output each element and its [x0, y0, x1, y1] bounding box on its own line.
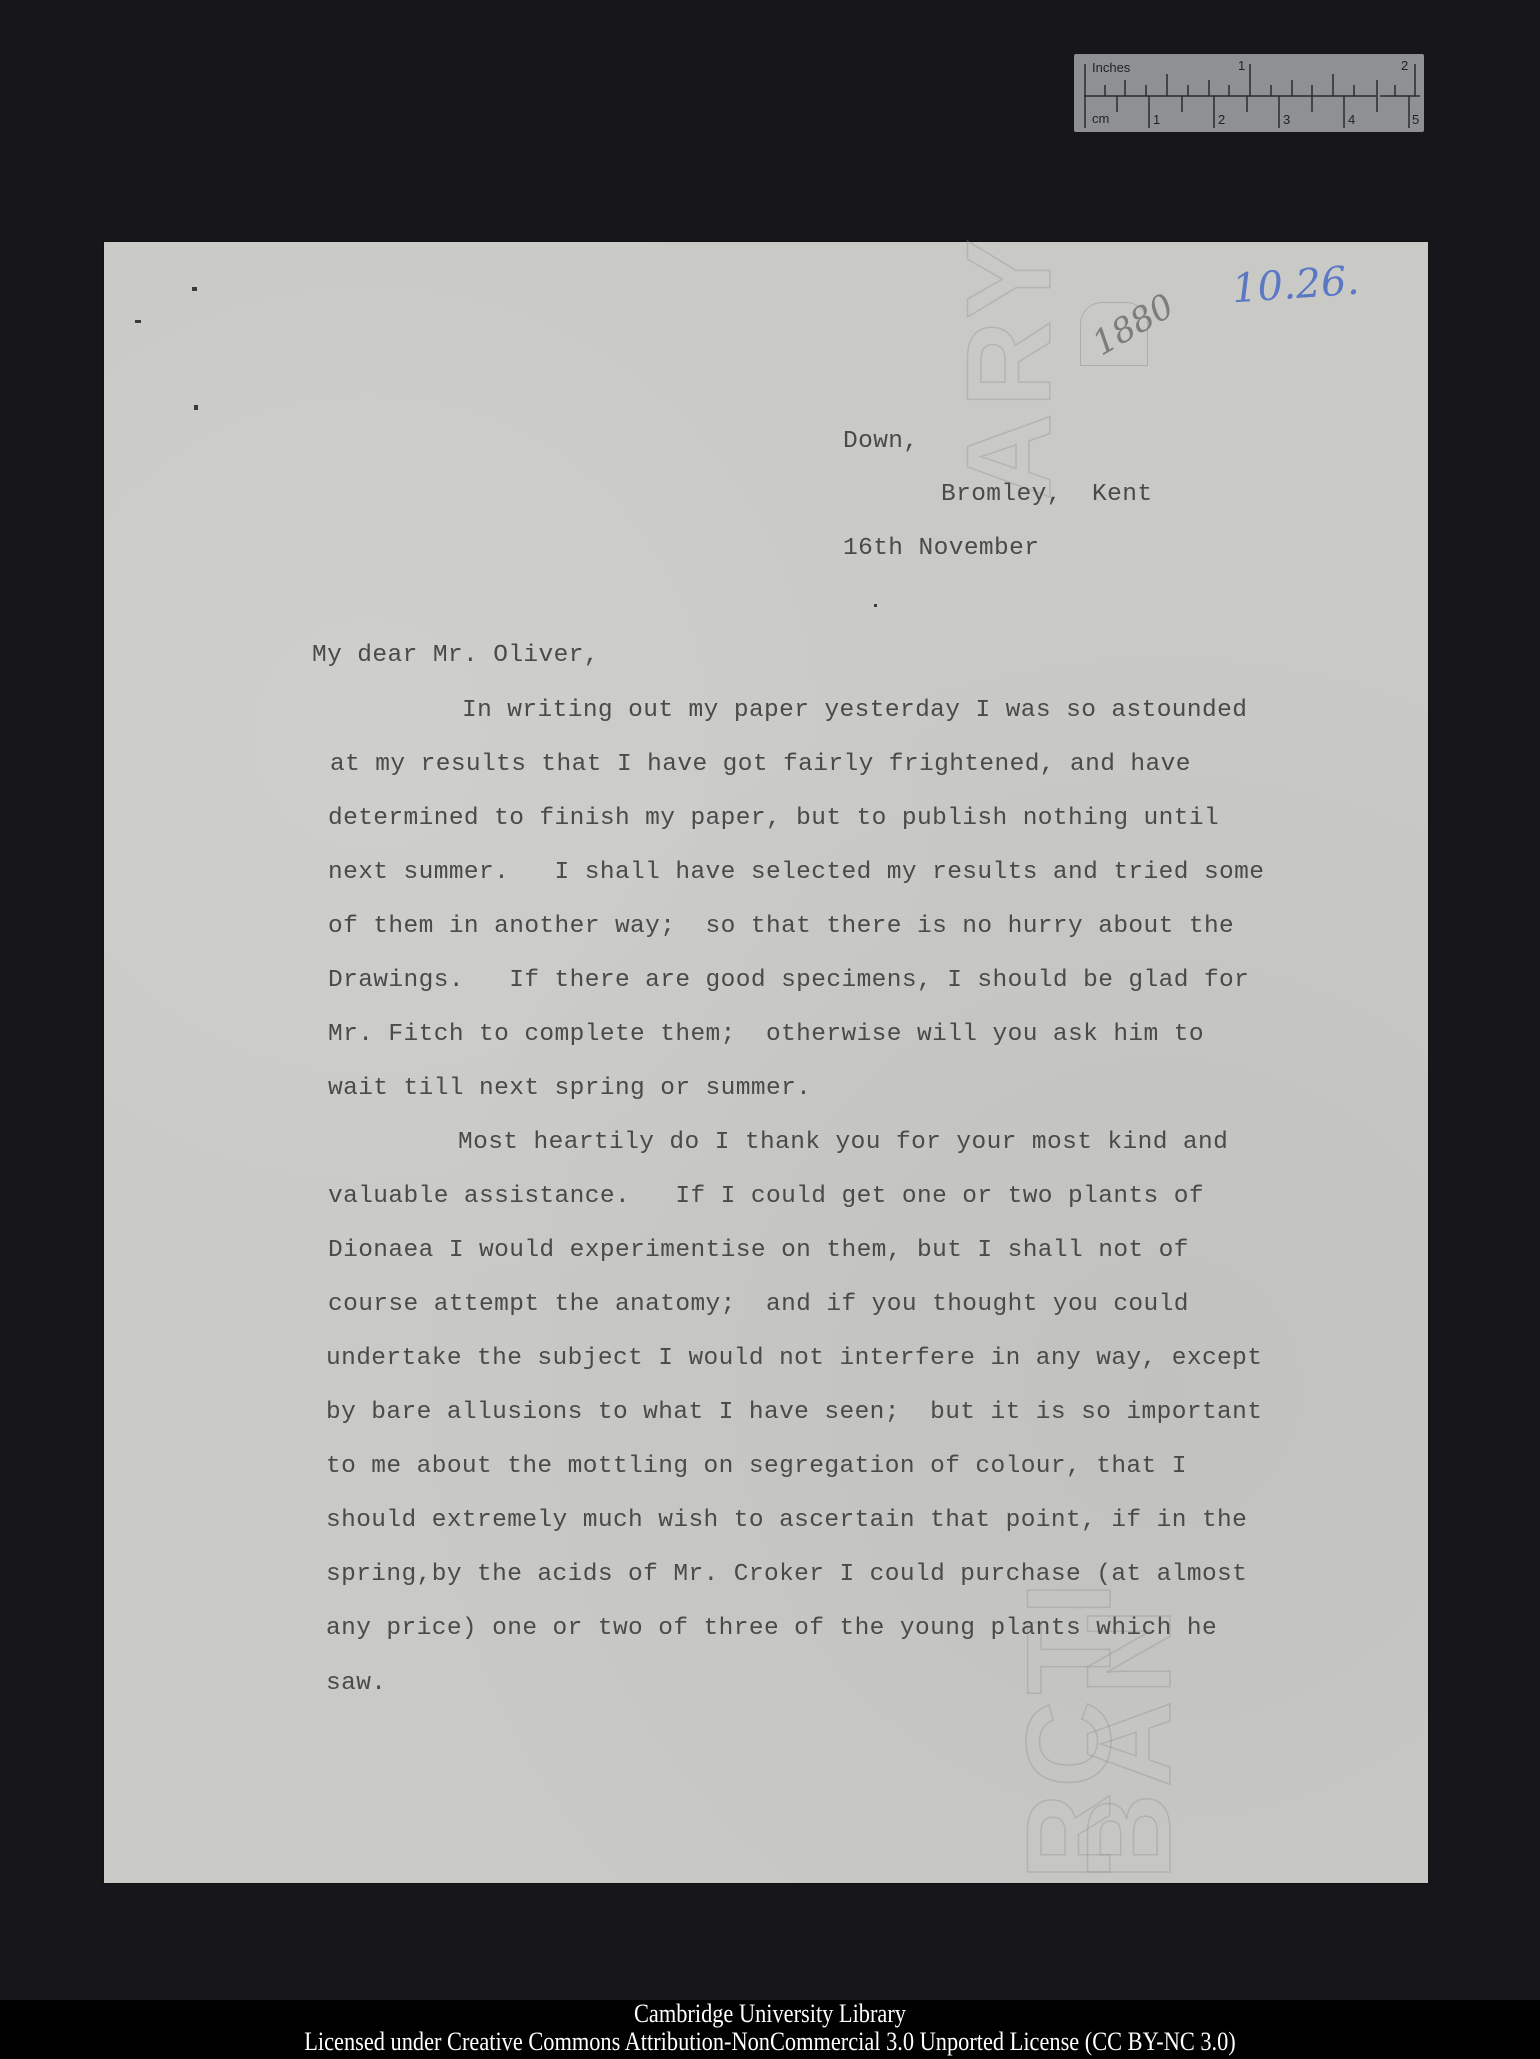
inch-tick-label: 2 — [1401, 58, 1408, 73]
cm-tick-label: 1 — [1153, 112, 1160, 127]
body-line: of them in another way; so that there is… — [328, 913, 1234, 940]
paper-mark — [194, 405, 198, 410]
cm-tick-label: 2 — [1218, 112, 1225, 127]
letter-date: 16th November — [843, 535, 1039, 562]
body-line: determined to finish my paper, but to pu… — [328, 805, 1219, 832]
cm-tick-label: 5 — [1412, 112, 1419, 127]
archive-number-annotation: 10.26. — [1231, 258, 1361, 313]
body-line: at my results that I have got fairly fri… — [330, 751, 1191, 778]
body-line: to me about the mottling on segregation … — [326, 1453, 1187, 1480]
cm-label: cm — [1092, 111, 1109, 126]
paper-mark — [135, 320, 141, 323]
measurement-scale-bar: Inches 1 2 cm 1 2 3 4 5 — [1074, 54, 1424, 132]
body-line: saw. — [326, 1670, 386, 1697]
body-line: any price) one or two of three of the yo… — [326, 1615, 1217, 1642]
body-line: course attempt the anatomy; and if you t… — [328, 1291, 1189, 1318]
footer-license: Licensed under Creative Commons Attribut… — [108, 2028, 1432, 2056]
body-line: spring,by the acids of Mr. Croker I coul… — [326, 1561, 1247, 1588]
inch-tick-label: 1 — [1238, 58, 1245, 73]
license-footer: Cambridge University Library Licensed un… — [0, 2000, 1540, 2059]
paper-mark — [192, 287, 197, 291]
body-line: In writing out my paper yesterday I was … — [462, 697, 1247, 724]
cm-tick-label: 3 — [1283, 112, 1290, 127]
watermark-top: ARY — [940, 233, 1078, 500]
inches-label: Inches — [1092, 60, 1130, 75]
salutation: My dear Mr. Oliver, — [312, 642, 599, 669]
body-line: by bare allusions to what I have seen; b… — [326, 1399, 1262, 1426]
body-line: undertake the subject I would not interf… — [326, 1345, 1262, 1372]
body-line: should extremely much wish to ascertain … — [326, 1507, 1247, 1534]
address-line-2: Bromley, Kent — [941, 481, 1152, 508]
body-line: Most heartily do I thank you for your mo… — [458, 1129, 1228, 1156]
body-line: wait till next spring or summer. — [328, 1075, 811, 1102]
body-line: next summer. I shall have selected my re… — [328, 859, 1264, 886]
paper-mark — [874, 604, 877, 607]
watermark-bottom: BAN — [1060, 1602, 1198, 1880]
body-line: Mr. Fitch to complete them; otherwise wi… — [328, 1021, 1204, 1048]
address-line-1: Down, — [843, 428, 919, 455]
footer-institution: Cambridge University Library — [108, 2000, 1432, 2028]
body-line: valuable assistance. If I could get one … — [328, 1183, 1204, 1210]
body-line: Dionaea I would experimentise on them, b… — [328, 1237, 1189, 1264]
body-line: Drawings. If there are good specimens, I… — [328, 967, 1249, 994]
cm-tick-label: 4 — [1348, 112, 1355, 127]
